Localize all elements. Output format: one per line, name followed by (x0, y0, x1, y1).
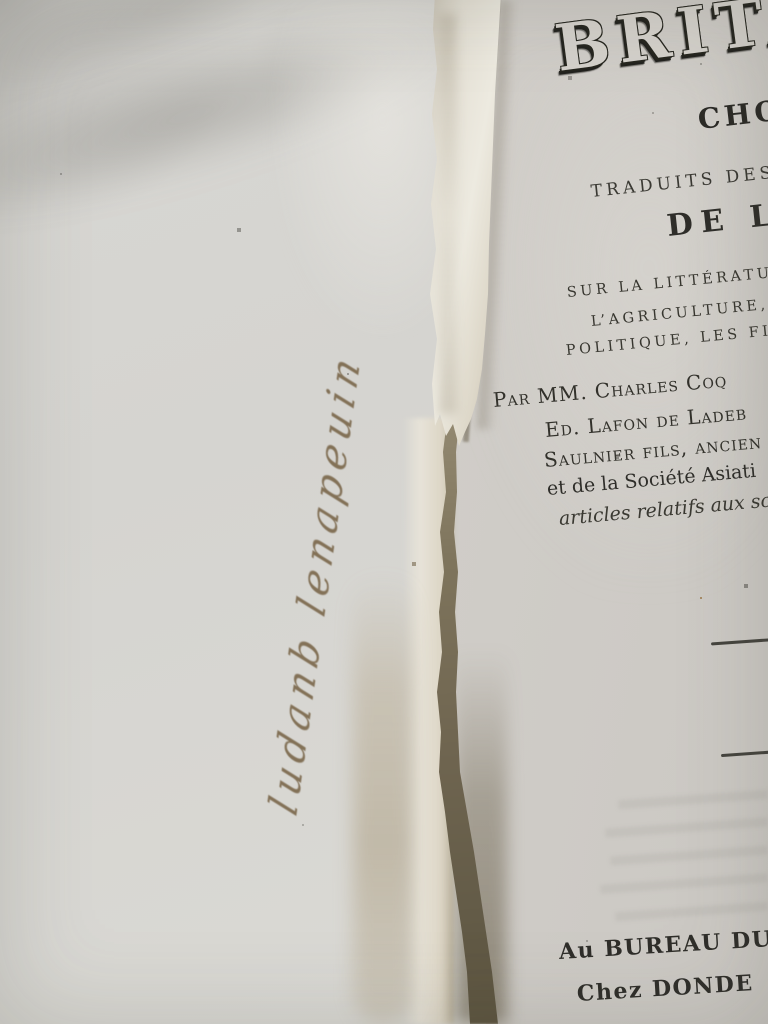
dust-specks (0, 0, 2, 2)
photo-vignette (0, 0, 768, 1024)
book-title-page-photo: BRITA CHO TRADUITS DES DE LA SUR LA LITT… (0, 0, 768, 1024)
